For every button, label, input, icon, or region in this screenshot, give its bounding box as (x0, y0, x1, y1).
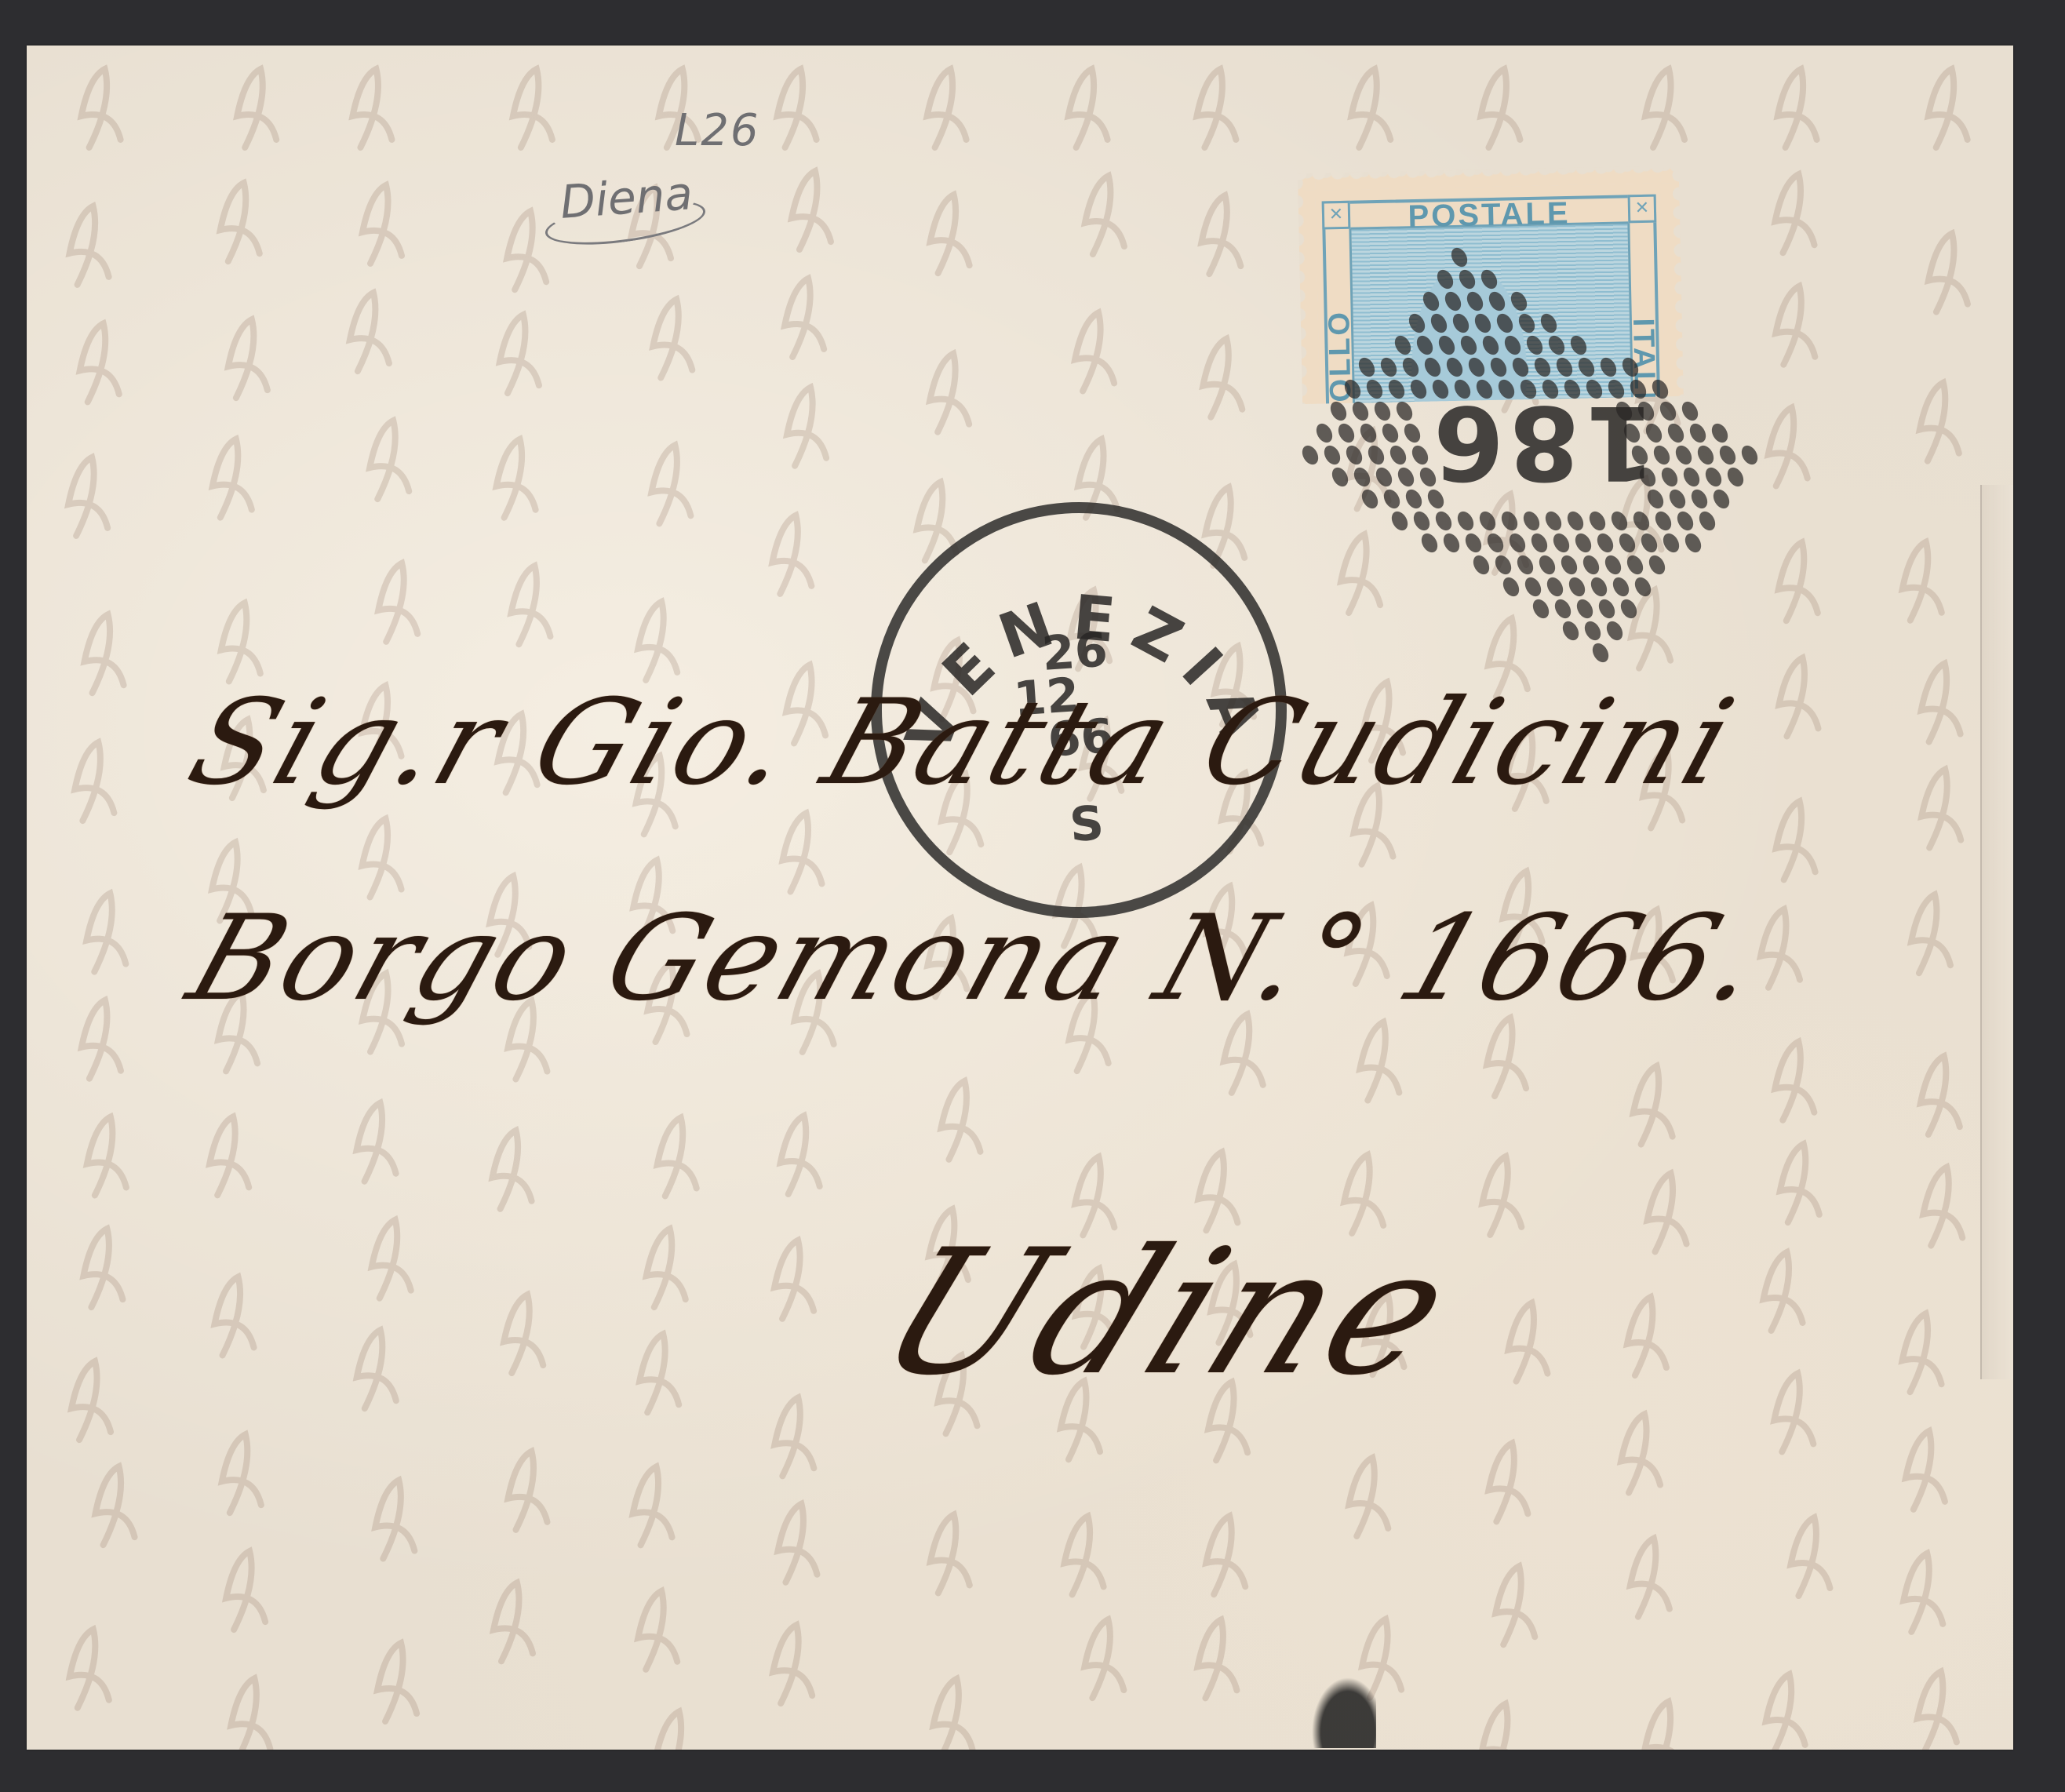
address-city: Udine (854, 1212, 1483, 1413)
folded-flap-edge (1980, 485, 2013, 1379)
numeral-cancel: 186 (1287, 235, 1773, 675)
cancel-number: 186 (1429, 383, 1655, 502)
partial-ink-mark (1306, 1668, 1376, 1748)
pencil-dealer-signature: Diena (559, 166, 694, 229)
pencil-reference-note: L26 (675, 105, 759, 156)
address-recipient: Sig.r Gio. Batta Cudicini (174, 675, 1751, 811)
address-street: Borgo Gemona N.° 1666. (174, 891, 1780, 1027)
